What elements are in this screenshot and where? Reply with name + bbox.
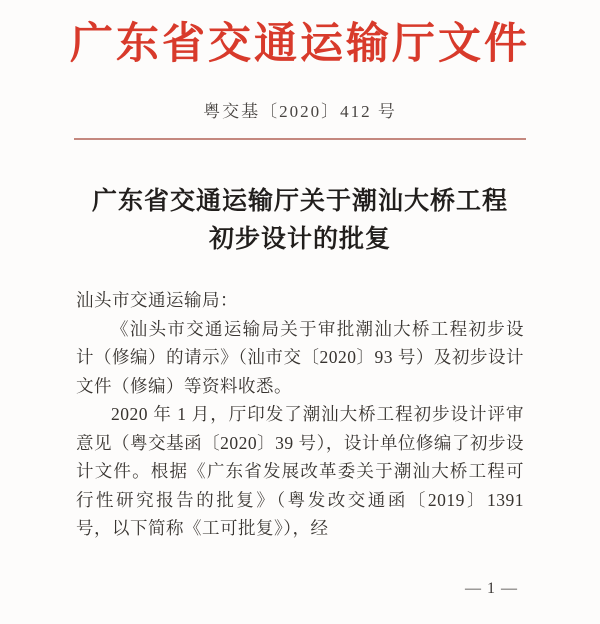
recipient-line: 汕头市交通运输局：	[76, 286, 524, 315]
document-body: 汕头市交通运输局： 《汕头市交通运输局关于审批潮汕大桥工程初步设计（修编）的请示…	[76, 286, 524, 543]
document-page: 广东省交通运输厅文件 粤交基〔2020〕412 号 广东省交通运输厅关于潮汕大桥…	[0, 0, 600, 624]
body-paragraph: 2020 年 1 月，厅印发了潮汕大桥工程初步设计评审意见（粤交基函〔2020〕…	[76, 400, 524, 543]
document-title-line2: 初步设计的批复	[0, 221, 600, 259]
page-number: — 1 —	[465, 580, 518, 598]
document-title-line1: 广东省交通运输厅关于潮汕大桥工程	[0, 183, 600, 221]
body-paragraph: 《汕头市交通运输局关于审批潮汕大桥工程初步设计（修编）的请示》（汕市交〔2020…	[76, 315, 524, 401]
red-divider-line	[74, 138, 526, 140]
document-number: 粤交基〔2020〕412 号	[0, 101, 600, 123]
document-title: 广东省交通运输厅关于潮汕大桥工程 初步设计的批复	[0, 183, 600, 259]
document-header-title: 广东省交通运输厅文件	[0, 0, 600, 70]
